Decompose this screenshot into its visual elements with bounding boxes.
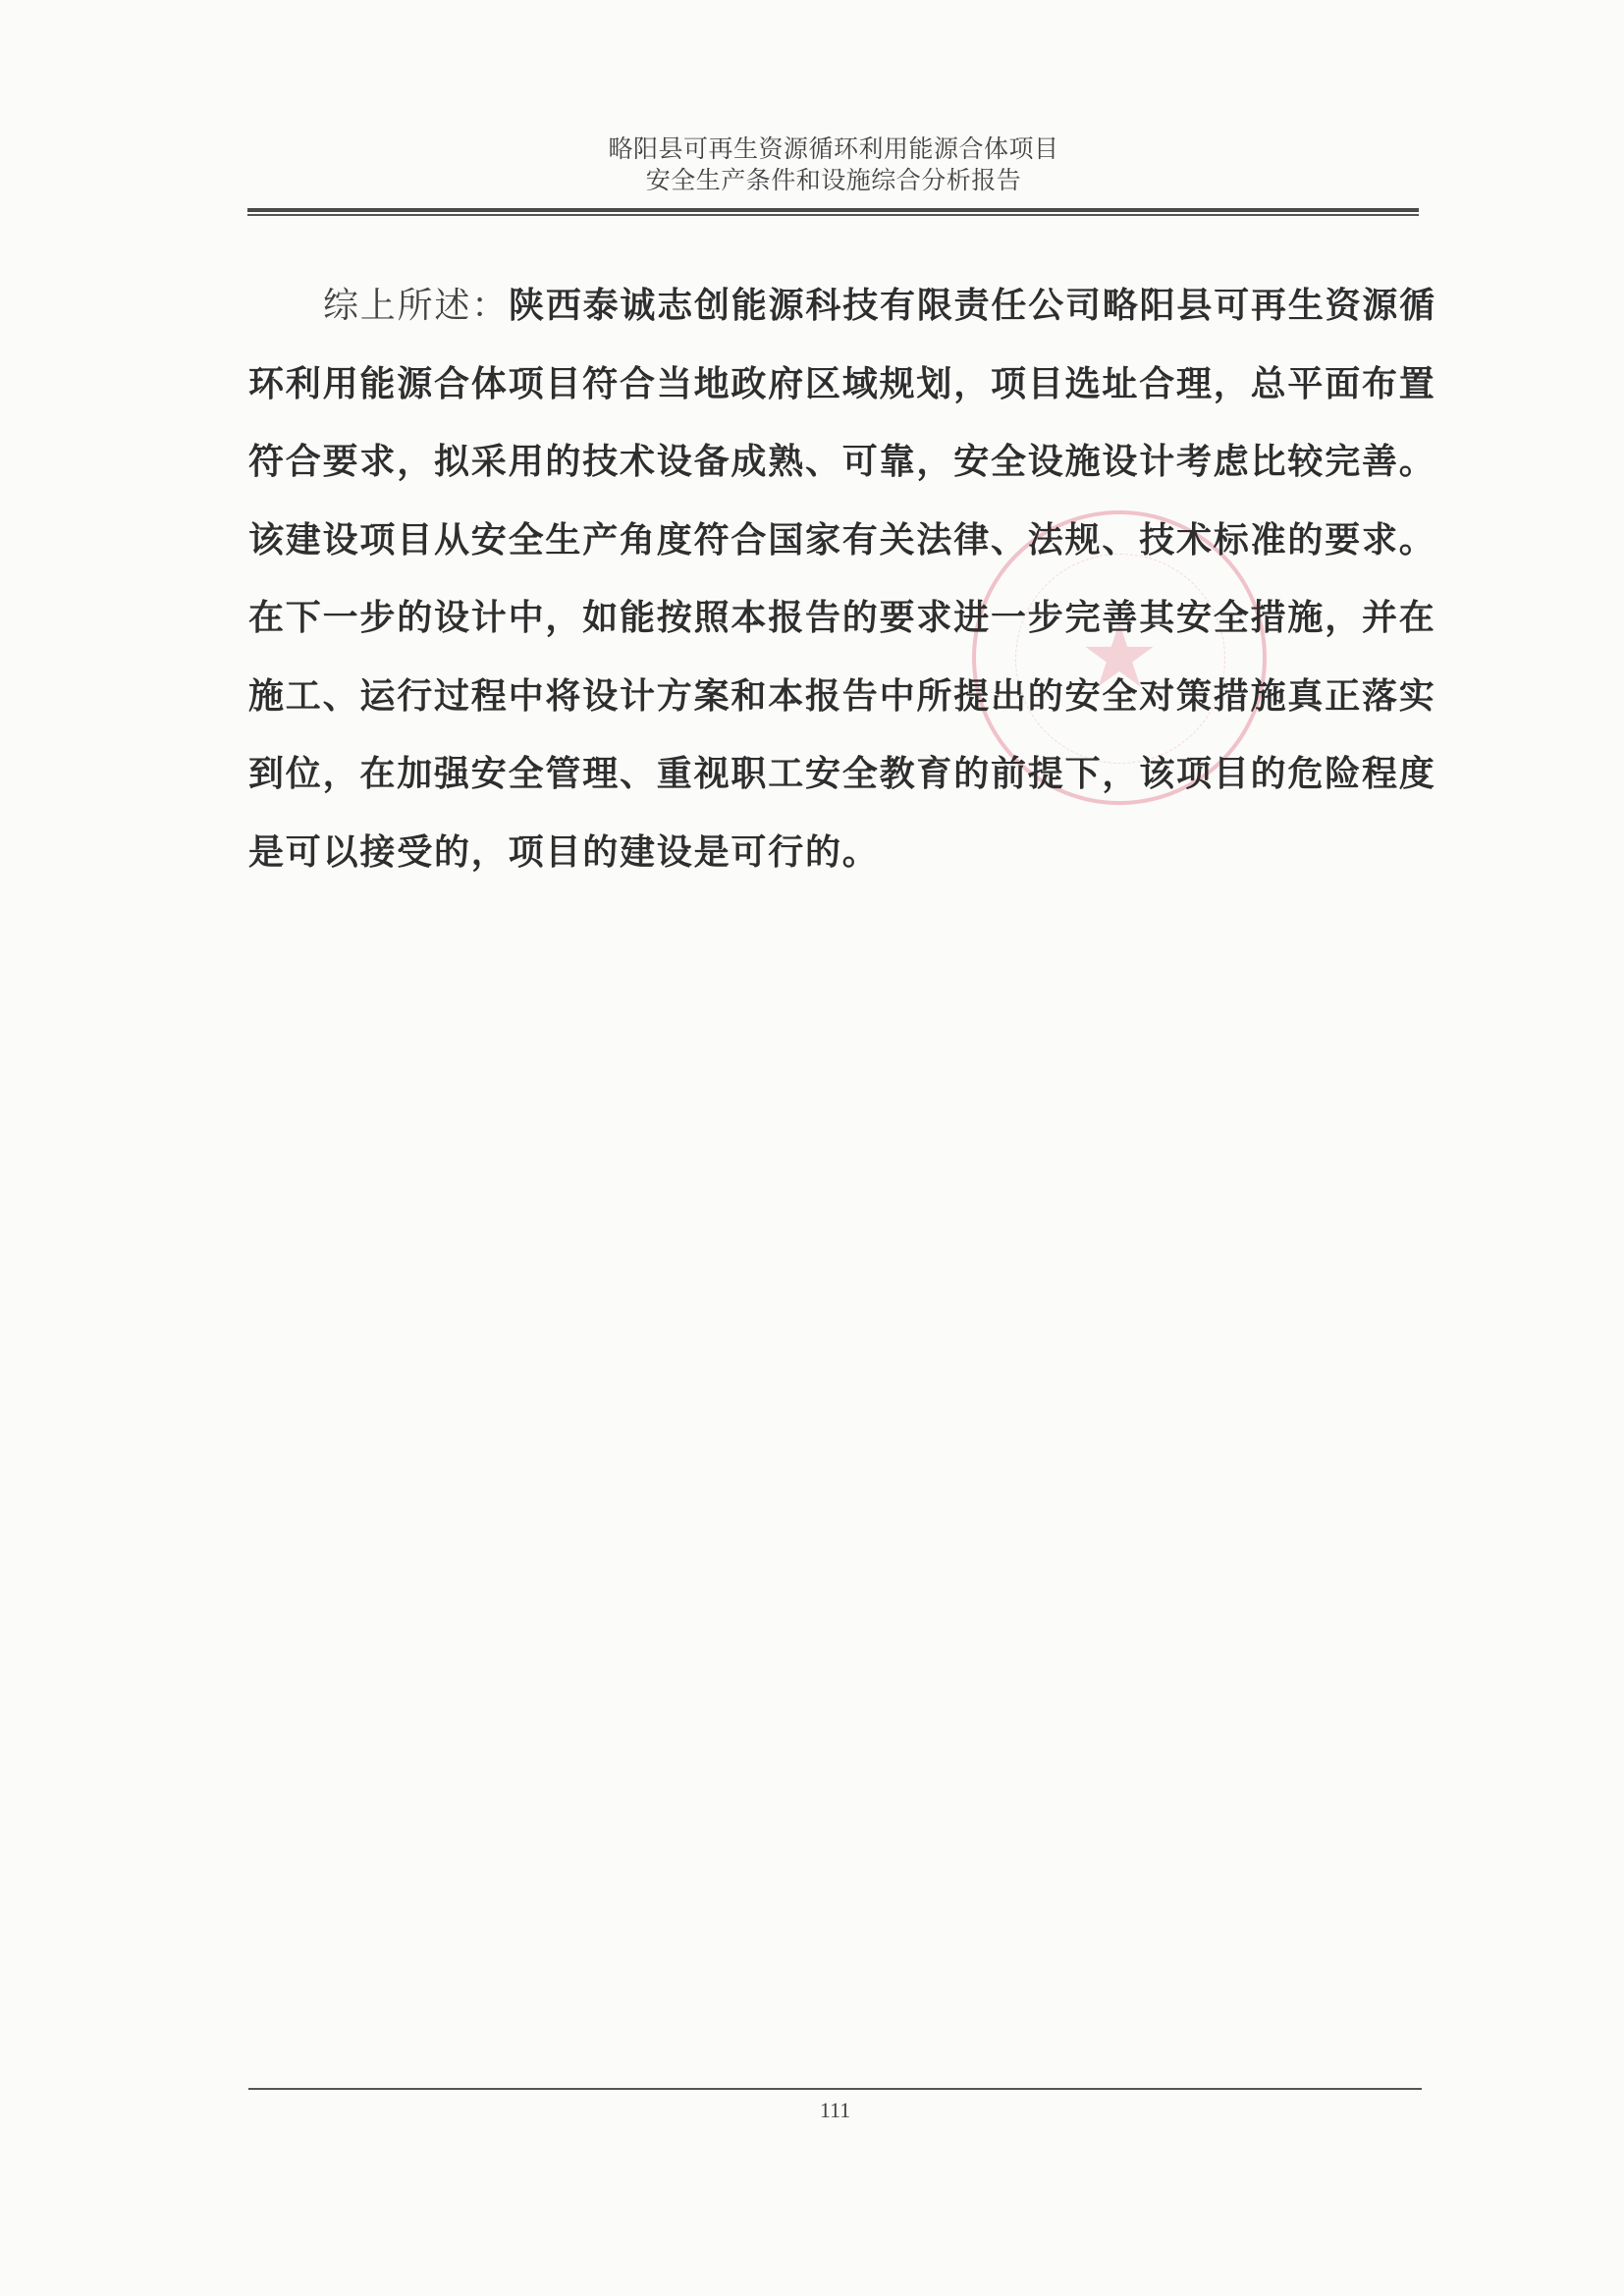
page-number: 111 [248, 2098, 1422, 2123]
conclusion-paragraph: 综上所述：陕西泰诚志创能源科技有限责任公司略阳县可再生资源循 环利用能源合体项目… [248, 279, 1427, 903]
paragraph-line-1-text: 陕西泰诚志创能源科技有限责任公司略阳县可再生资源循 [509, 286, 1436, 326]
paragraph-line-2: 环利用能源合体项目符合当地政府区域规划，项目选址合理，总平面布置 [248, 357, 1427, 436]
paragraph-line-4: 该建设项目从安全生产角度符合国家有关法律、法规、技术标准的要求。 [248, 513, 1427, 592]
header-rule-thin [247, 214, 1419, 216]
document-page: 略阳县可再生资源循环利用能源合体项目 安全生产条件和设施综合分析报告 ★ 综上所… [0, 0, 1624, 2296]
lead-in-text: 综上所述： [248, 286, 509, 326]
header-title-line-2: 安全生产条件和设施综合分析报告 [247, 165, 1420, 196]
paragraph-line-8: 是可以接受的，项目的建设是可行的。 [248, 826, 1427, 904]
footer-rule [248, 2088, 1422, 2090]
running-header: 略阳县可再生资源循环利用能源合体项目 安全生产条件和设施综合分析报告 [247, 133, 1420, 196]
header-rule-thick [247, 208, 1419, 212]
paragraph-line-1: 综上所述：陕西泰诚志创能源科技有限责任公司略阳县可再生资源循 [248, 279, 1427, 357]
header-title-line-1: 略阳县可再生资源循环利用能源合体项目 [247, 133, 1420, 165]
paragraph-line-5: 在下一步的设计中，如能按照本报告的要求进一步完善其安全措施，并在 [248, 591, 1427, 669]
paragraph-line-6: 施工、运行过程中将设计方案和本报告中所提出的安全对策措施真正落实 [248, 669, 1427, 748]
paragraph-line-3: 符合要求，拟采用的技术设备成熟、可靠，安全设施设计考虑比较完善。 [248, 435, 1427, 513]
paragraph-line-7: 到位，在加强安全管理、重视职工安全教育的前提下，该项目的危险程度 [248, 747, 1427, 826]
